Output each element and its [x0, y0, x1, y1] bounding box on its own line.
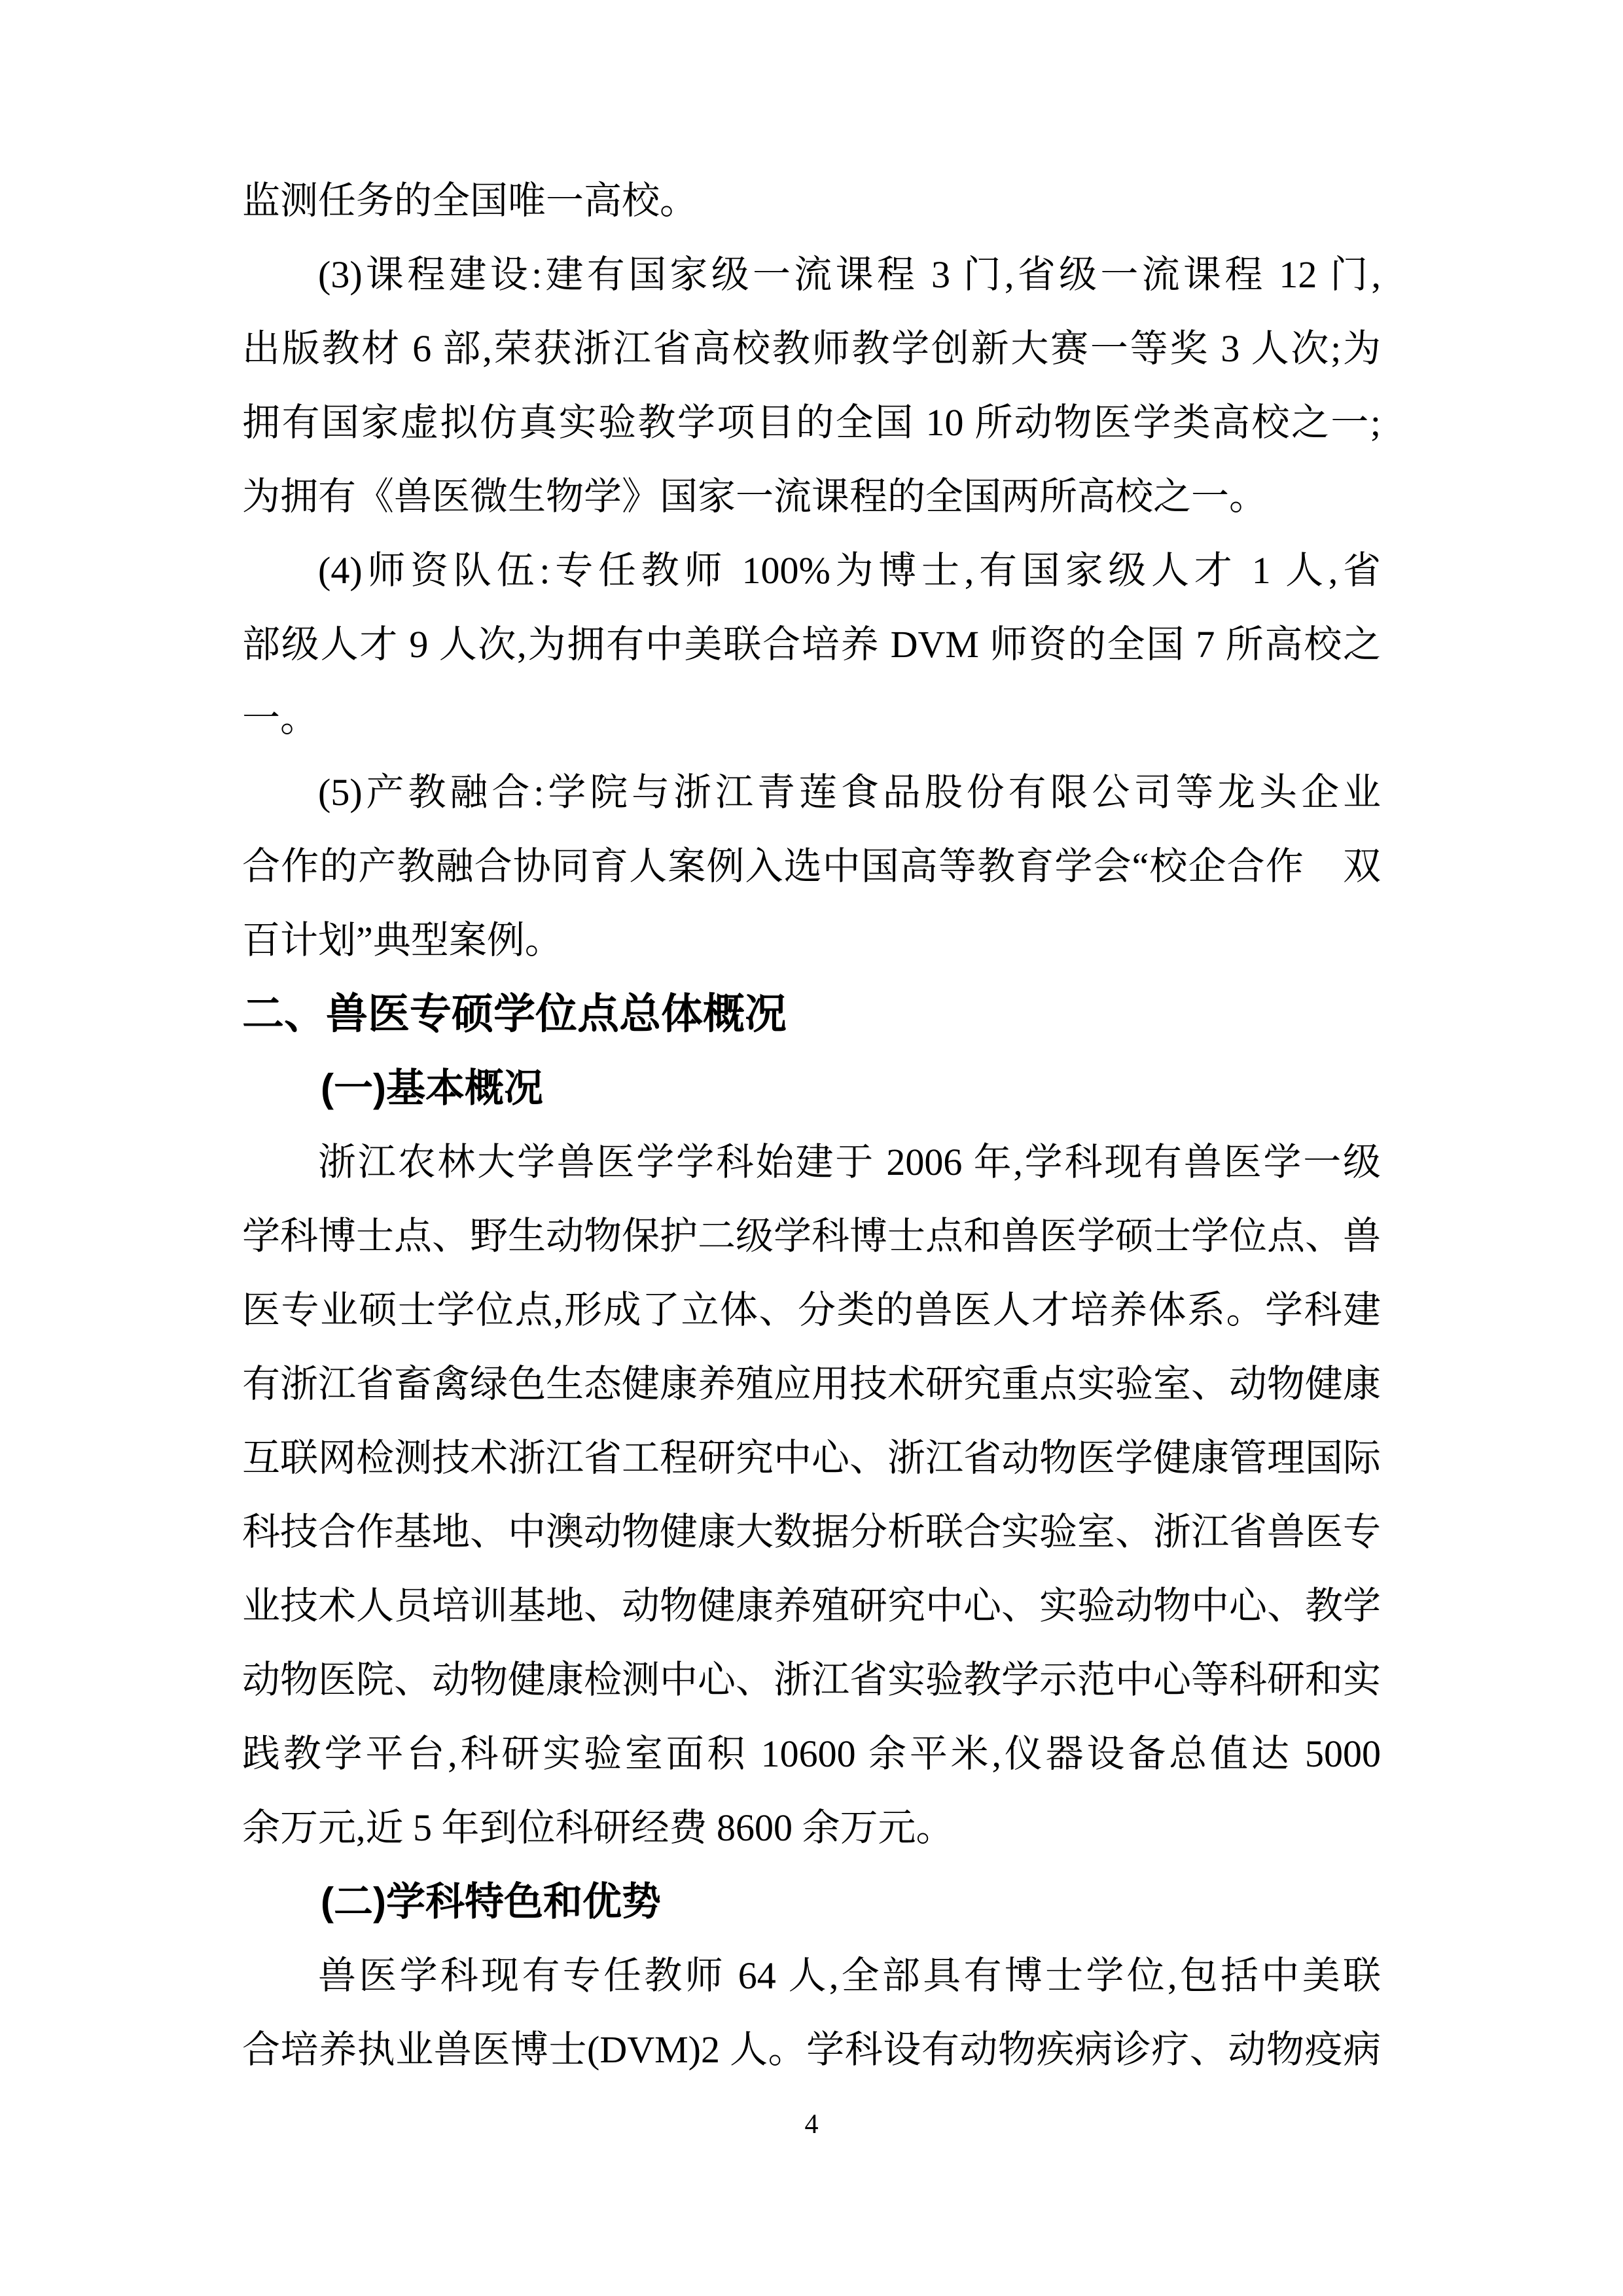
body-text-line: 拥有国家虚拟仿真实验教学项目的全国 10 所动物医学类高校之一; [242, 386, 1381, 459]
section-heading: 二、兽医专硕学位点总体概况 [242, 977, 1381, 1051]
document-page: 监测任务的全国唯一高校。(3)课程建设:建有国家级一流课程 3 门,省级一流课程… [0, 0, 1623, 2296]
body-text-line: 践教学平台,科研实验室面积 10600 余平米,仪器设备总值达 5000 [242, 1717, 1381, 1791]
subsection-heading: (二)学科特色和优势 [242, 1865, 1381, 1939]
body-text-line: 部级人才 9 人次,为拥有中美联合培养 DVM 师资的全国 7 所高校之 [242, 607, 1381, 681]
body-text-line: 余万元,近 5 年到位科研经费 8600 余万元。 [242, 1791, 1381, 1865]
body-text-line: 监测任务的全国唯一高校。 [242, 164, 1381, 238]
body-text-line: (4)师资队伍:专任教师 100%为博士,有国家级人才 1 人,省 [242, 533, 1381, 607]
page-footer: 4 [0, 2105, 1623, 2144]
subsection-heading: (一)基本概况 [242, 1051, 1381, 1125]
body-text-line: 兽医学科现有专任教师 64 人,全部具有博士学位,包括中美联 [242, 1939, 1381, 2013]
page-number: 4 [805, 2109, 819, 2140]
body-text-line: 学科博士点、野生动物保护二级学科博士点和兽医学硕士学位点、兽 [242, 1199, 1381, 1273]
body-text-line: 百计划”典型案例。 [242, 903, 1381, 977]
body-text-line: 互联网检测技术浙江省工程研究中心、浙江省动物医学健康管理国际 [242, 1421, 1381, 1495]
body-text-line: 科技合作基地、中澳动物健康大数据分析联合实验室、浙江省兽医专 [242, 1495, 1381, 1569]
body-text-line: (5)产教融合:学院与浙江青莲食品股份有限公司等龙头企业 [242, 755, 1381, 829]
document-content: 监测任务的全国唯一高校。(3)课程建设:建有国家级一流课程 3 门,省级一流课程… [242, 164, 1381, 2087]
body-text-line: 一。 [242, 681, 1381, 755]
body-text-line: 合培养执业兽医博士(DVM)2 人。学科设有动物疾病诊疗、动物疫病 [242, 2013, 1381, 2087]
body-text-line: 有浙江省畜禽绿色生态健康养殖应用技术研究重点实验室、动物健康 [242, 1347, 1381, 1421]
body-text-line: 浙江农林大学兽医学学科始建于 2006 年,学科现有兽医学一级 [242, 1125, 1381, 1199]
body-text-line: 为拥有《兽医微生物学》国家一流课程的全国两所高校之一。 [242, 459, 1381, 533]
body-text-line: (3)课程建设:建有国家级一流课程 3 门,省级一流课程 12 门, [242, 238, 1381, 312]
body-text-line: 动物医院、动物健康检测中心、浙江省实验教学示范中心等科研和实 [242, 1643, 1381, 1717]
body-text-line: 出版教材 6 部,荣获浙江省高校教师教学创新大赛一等奖 3 人次;为 [242, 312, 1381, 386]
body-text-line: 业技术人员培训基地、动物健康养殖研究中心、实验动物中心、教学 [242, 1569, 1381, 1643]
body-text-line: 合作的产教融合协同育人案例入选中国高等教育学会“校企合作 双 [242, 829, 1381, 903]
body-text-line: 医专业硕士学位点,形成了立体、分类的兽医人才培养体系。学科建 [242, 1273, 1381, 1347]
